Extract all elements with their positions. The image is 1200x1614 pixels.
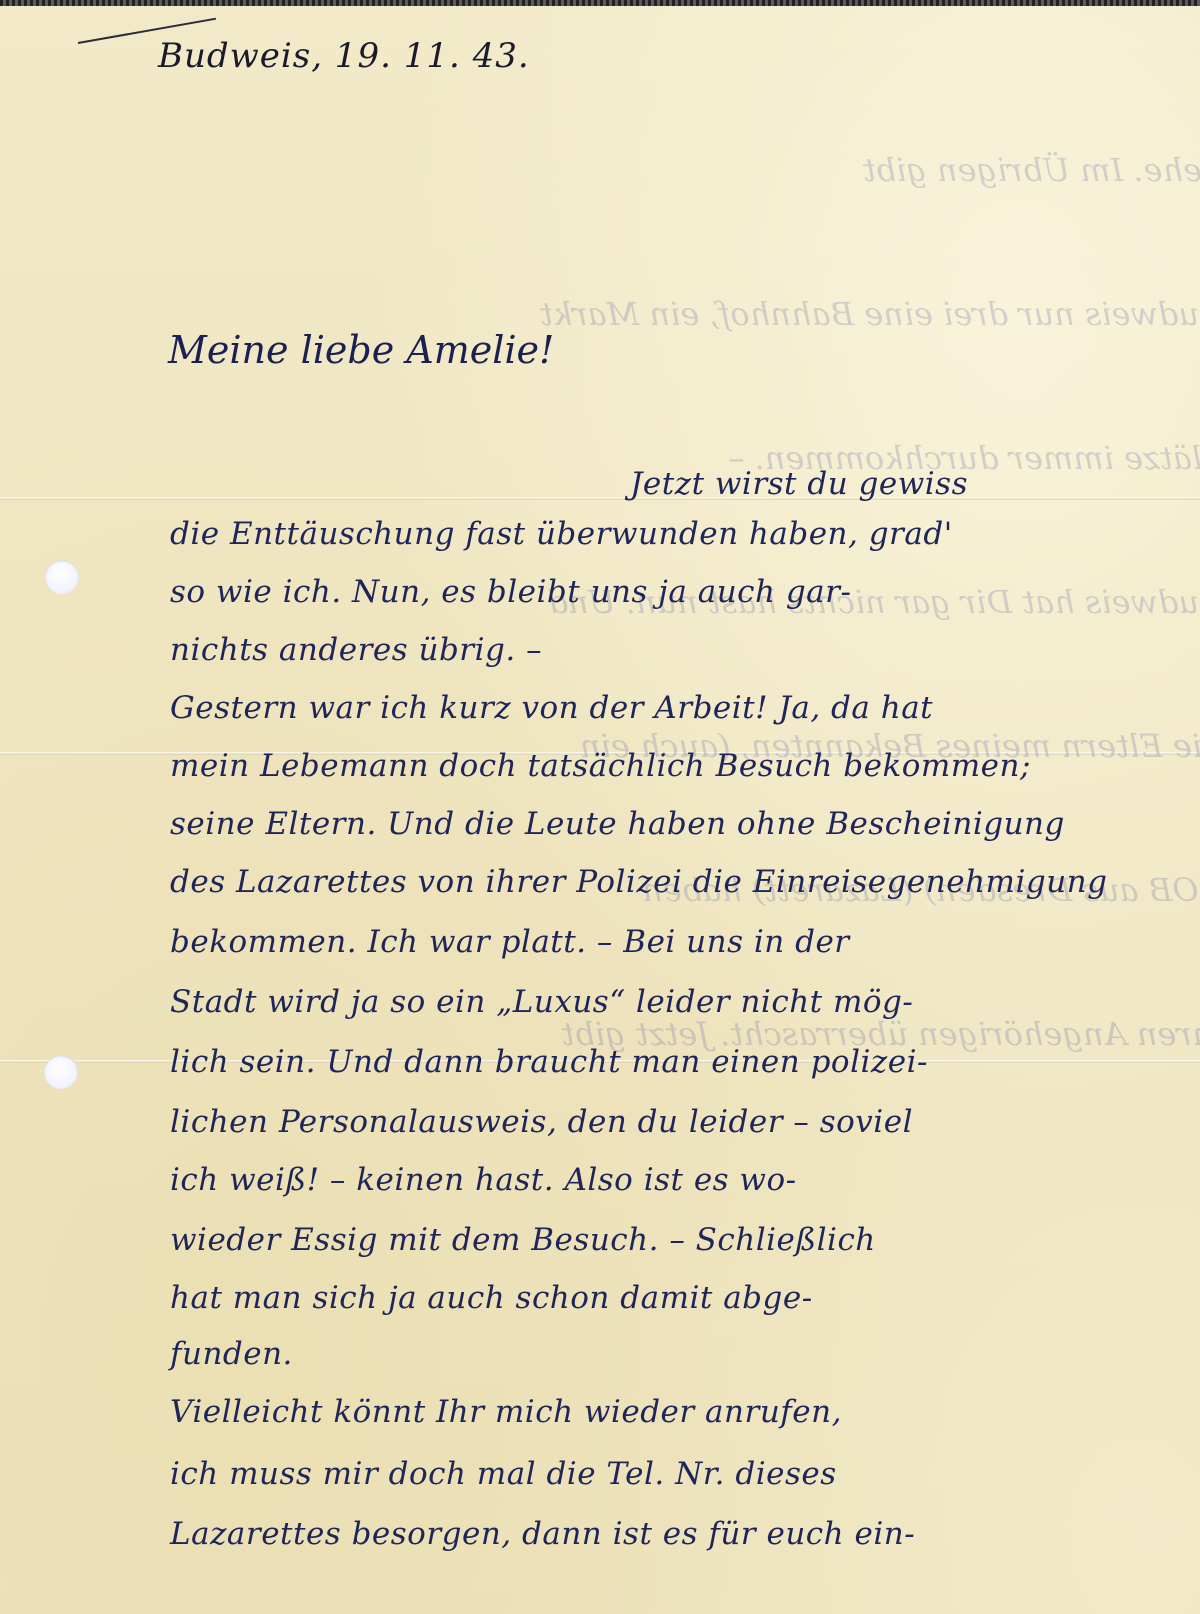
- letter-line: funden.: [170, 1336, 293, 1372]
- letter-line: nichts anderes übrig. –: [170, 632, 542, 668]
- letter-line: Gestern war ich kurz von der Arbeit! Ja,…: [170, 690, 933, 726]
- letter-line: seine Eltern. Und die Leute haben ohne B…: [170, 806, 1065, 842]
- punch-hole: [45, 560, 79, 594]
- letter-line: so wie ich. Nun, es bleibt uns ja auch g…: [170, 574, 851, 610]
- bleed-line: Budweis nur drei eine Bahnhof, ein Markt: [540, 290, 1200, 338]
- letter-line: hat man sich ja auch schon damit abge-: [170, 1280, 813, 1316]
- bleed-line: gehe. Im Übrigen gibt: [540, 146, 1200, 194]
- letter-line: ich weiß! – keinen hast. Also ist es wo-: [170, 1162, 797, 1198]
- letter-line: Vielleicht könnt Ihr mich wieder anrufen…: [170, 1394, 842, 1430]
- letter-line: Stadt wird ja so ein „Luxus“ leider nich…: [170, 984, 913, 1020]
- salutation: Meine liebe Amelie!: [168, 328, 554, 372]
- letter-line: mein Lebemann doch tatsächlich Besuch be…: [170, 748, 1031, 784]
- letter-line: lichen Personalausweis, den du leider – …: [170, 1104, 913, 1140]
- letter-page: gehe. Im Übrigen gibt Budweis nur drei e…: [0, 0, 1200, 1614]
- scan-top-edge: [0, 0, 1200, 6]
- letter-line: ich muss mir doch mal die Tel. Nr. diese…: [170, 1456, 837, 1492]
- letter-line: die Enttäuschung fast überwunden haben, …: [170, 516, 953, 552]
- letter-line: bekommen. Ich war platt. – Bei uns in de…: [170, 924, 850, 960]
- letter-line: des Lazarettes von ihrer Polizei die Ein…: [170, 864, 1107, 900]
- date-line: Budweis, 19. 11. 43.: [158, 36, 530, 76]
- letter-line: Lazarettes besorgen, dann ist es für euc…: [170, 1516, 915, 1552]
- letter-line: wieder Essig mit dem Besuch. – Schließli…: [170, 1222, 876, 1258]
- punch-hole: [44, 1055, 78, 1089]
- letter-line: lich sein. Und dann braucht man einen po…: [170, 1044, 928, 1080]
- letter-line: Jetzt wirst du gewiss: [630, 466, 968, 502]
